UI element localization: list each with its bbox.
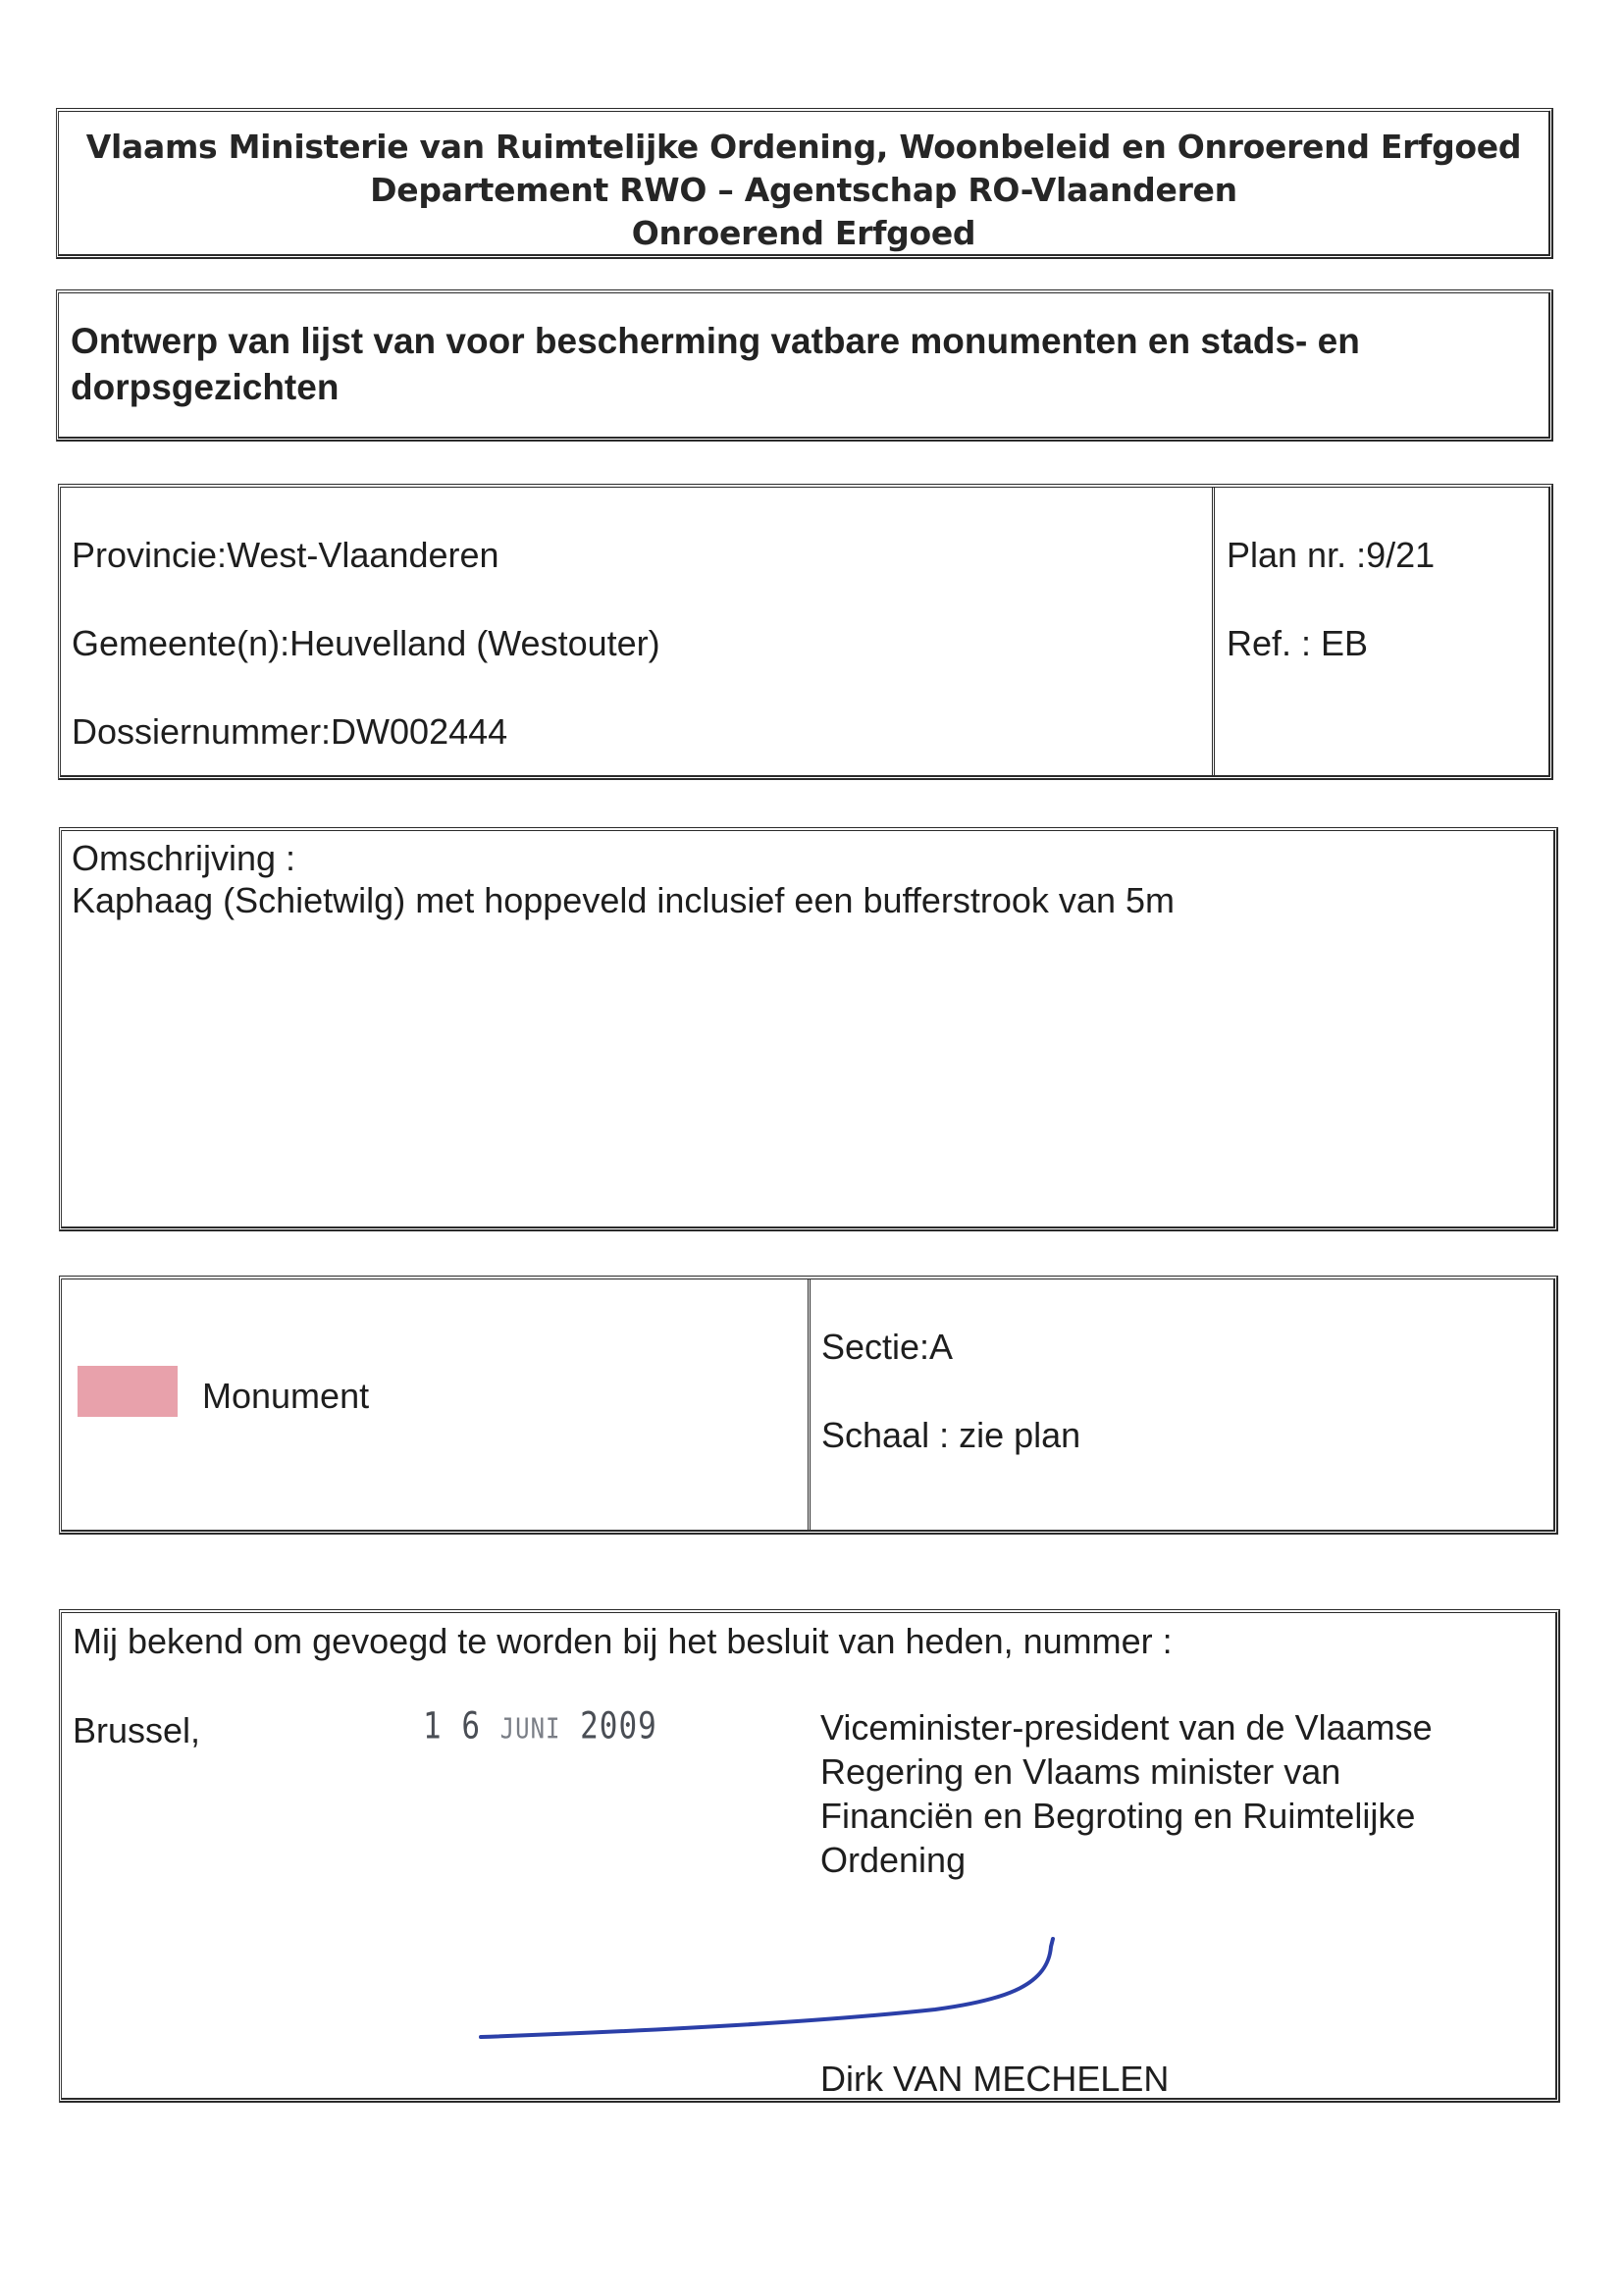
column-divider [808, 1279, 811, 1530]
provincie-field: Provincie:West-Vlaanderen [72, 535, 499, 576]
signature-box: Mij bekend om gevoegd te worden bij het … [59, 1609, 1560, 2103]
agency-name: Onroerend Erfgoed [59, 214, 1548, 252]
date-stamp: 1 6 JUNI 2009 [423, 1705, 657, 1748]
location-info-box: Provincie:West-Vlaanderen Gemeente(n):He… [58, 484, 1553, 780]
sectie-field: Sectie:A [821, 1327, 953, 1368]
monument-color-swatch [78, 1366, 178, 1417]
minister-title-line: Financiën en Begroting en Ruimtelijke [820, 1794, 1433, 1838]
document-title-box: Ontwerp van lijst van voor bescherming v… [56, 289, 1553, 442]
dossiernummer-field: Dossiernummer:DW002444 [72, 711, 507, 753]
legend-box: Monument Sectie:A Schaal : zie plan [59, 1276, 1558, 1535]
stamp-year: 2009 [580, 1705, 657, 1748]
stamp-day: 1 6 [423, 1705, 481, 1748]
description-text: Kaphaag (Schietwilg) met hoppeveld inclu… [72, 880, 1175, 921]
minister-title-line: Viceminister-president van de Vlaamse [820, 1705, 1433, 1749]
gemeente-field: Gemeente(n):Heuvelland (Westouter) [72, 623, 660, 664]
schaal-field: Schaal : zie plan [821, 1415, 1080, 1456]
legend-label-monument: Monument [202, 1376, 369, 1417]
department-name: Departement RWO – Agentschap RO-Vlaander… [59, 171, 1548, 209]
signer-name: Dirk VAN MECHELEN [820, 2059, 1169, 2100]
place-label: Brussel, [73, 1710, 200, 1751]
handwritten-signature [474, 1927, 1102, 2045]
minister-title: Viceminister-president van de Vlaamse Re… [820, 1705, 1433, 1882]
column-divider [1212, 488, 1215, 775]
minister-title-line: Ordening [820, 1838, 1433, 1882]
minister-title-line: Regering en Vlaams minister van [820, 1749, 1433, 1794]
stamp-month: JUNI [500, 1712, 561, 1746]
description-label: Omschrijving : [72, 838, 295, 879]
description-box: Omschrijving : Kaphaag (Schietwilg) met … [59, 827, 1558, 1231]
approval-statement: Mij bekend om gevoegd te worden bij het … [73, 1621, 1173, 1662]
document-title: Ontwerp van lijst van voor bescherming v… [71, 318, 1523, 410]
plan-number-field: Plan nr. :9/21 [1227, 535, 1435, 576]
ministry-name: Vlaams Ministerie van Ruimtelijke Ordeni… [59, 128, 1548, 166]
ministry-header-box: Vlaams Ministerie van Ruimtelijke Ordeni… [56, 108, 1553, 259]
reference-field: Ref. : EB [1227, 623, 1368, 664]
